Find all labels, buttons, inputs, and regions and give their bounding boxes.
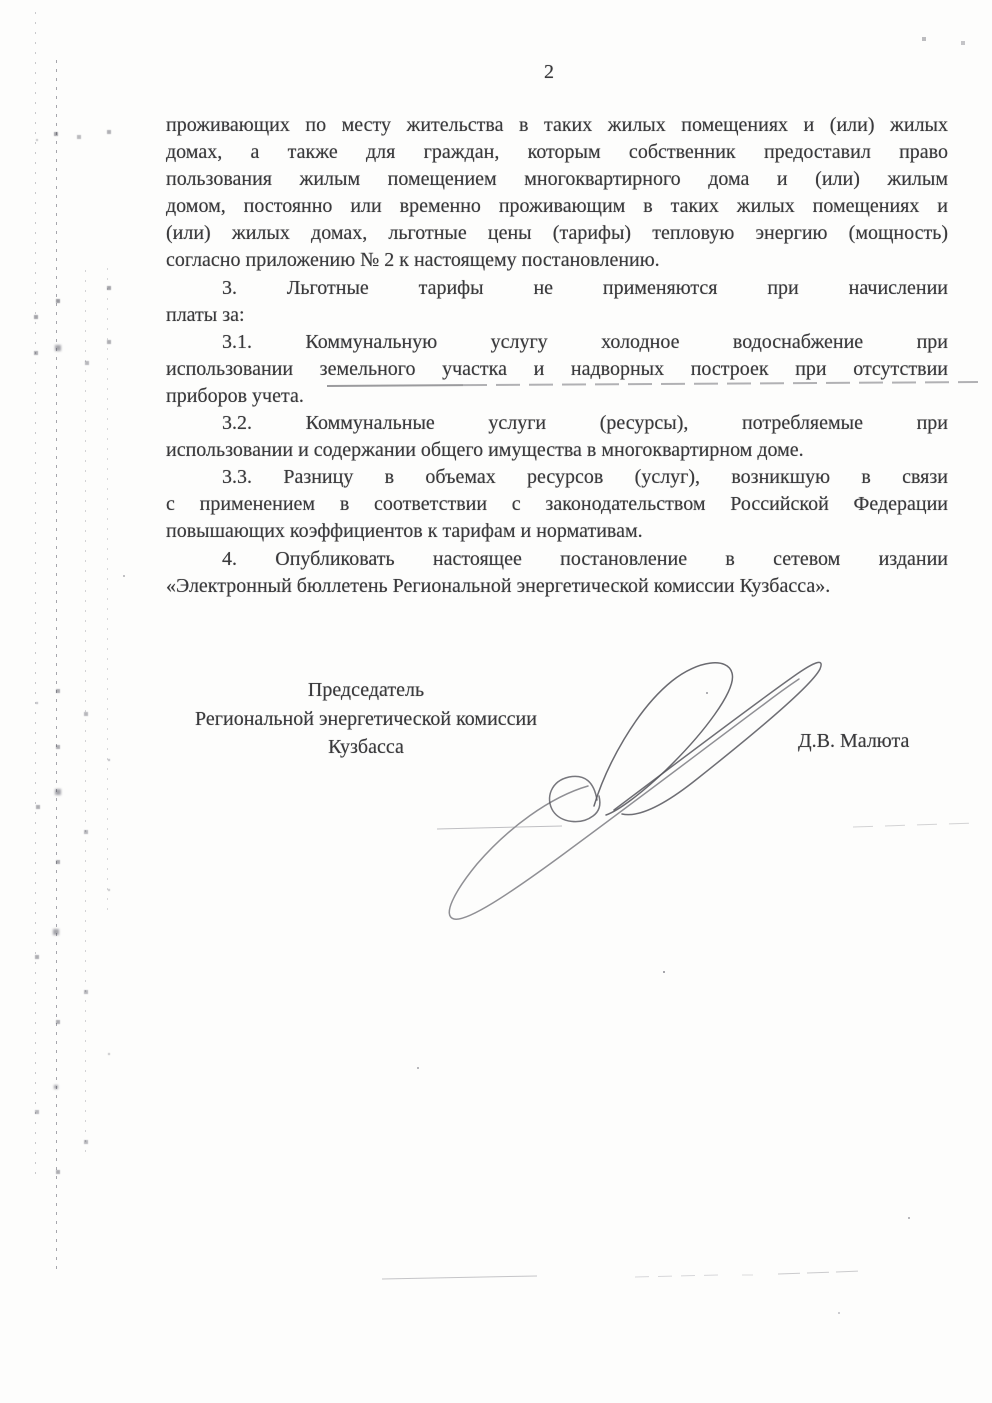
paragraph-intro-line: согласно приложению № 2 к настоящему пос…: [166, 247, 948, 274]
scan-underline-solid: [327, 384, 463, 387]
paragraph-intro-line: пользования жилым помещением многокварти…: [166, 166, 948, 193]
scan-noise-column: [85, 270, 86, 1160]
item-4-line: 4. Опубликовать настоящее постановление …: [166, 546, 948, 573]
page-number: 2: [544, 61, 555, 84]
item-3-1-line: использовании земельного участка и надво…: [166, 356, 948, 383]
signer-title-line: Председатель: [166, 676, 566, 705]
scan-noise-column: [107, 268, 108, 918]
item-3-line: 3. Льготные тарифы не применяются при на…: [166, 275, 948, 302]
signature-block: Председатель Региональной энергетической…: [166, 676, 566, 762]
paragraph-intro-line: домом, постоянно или временно проживающи…: [166, 193, 948, 220]
bottom-artifact-line: [382, 1276, 537, 1279]
faint-scan-lines: [382, 823, 975, 1279]
scanned-document-page: 2 проживающих по месту жительства в таки…: [0, 0, 992, 1403]
signer-name: Д.В. Малюта: [798, 727, 909, 755]
document-body: проживающих по месту жительства в таких …: [166, 112, 948, 600]
signature-scribble: [550, 776, 600, 821]
scan-speckles: [0, 0, 2, 2]
item-3-1-line: 3.1. Коммунальную услугу холодное водосн…: [166, 329, 948, 356]
item-3-line: платы за:: [166, 302, 948, 329]
signer-organization-line: Региональной энергетической комиссии: [166, 705, 566, 734]
signature-scribble: [614, 662, 821, 814]
item-3-1-line: приборов учета.: [166, 383, 948, 410]
signature-baseline-right: [853, 823, 975, 827]
bottom-artifact-line: [778, 1271, 863, 1274]
signature-baseline-left: [437, 826, 562, 829]
item-4-line: «Электронный бюллетень Региональной энер…: [166, 573, 948, 600]
item-3-3-line: повышающих коэффициентов к тарифам и нор…: [166, 518, 948, 545]
paragraph-intro-line: проживающих по месту жительства в таких …: [166, 112, 948, 139]
paragraph-intro-line: (или) жилых домах, льготные цены (тарифы…: [166, 220, 948, 247]
signature-scribble: [594, 663, 732, 815]
scan-noise-column: [35, 12, 36, 1177]
scan-noise-column: [56, 60, 57, 1270]
bottom-artifact-line: [635, 1275, 718, 1277]
signer-region-line: Кузбасса: [166, 733, 566, 762]
item-3-3-line: 3.3. Разницу в объемах ресурсов (услуг),…: [166, 464, 948, 491]
item-3-2-line: 3.2. Коммунальные услуги (ресурсы), потр…: [166, 410, 948, 437]
paragraph-intro-line: домах, а также для граждан, которым собс…: [166, 139, 948, 166]
item-3-3-line: с применением в соответствии с законодат…: [166, 491, 948, 518]
item-3-2-line: использовании и содержании общего имущес…: [166, 437, 948, 464]
